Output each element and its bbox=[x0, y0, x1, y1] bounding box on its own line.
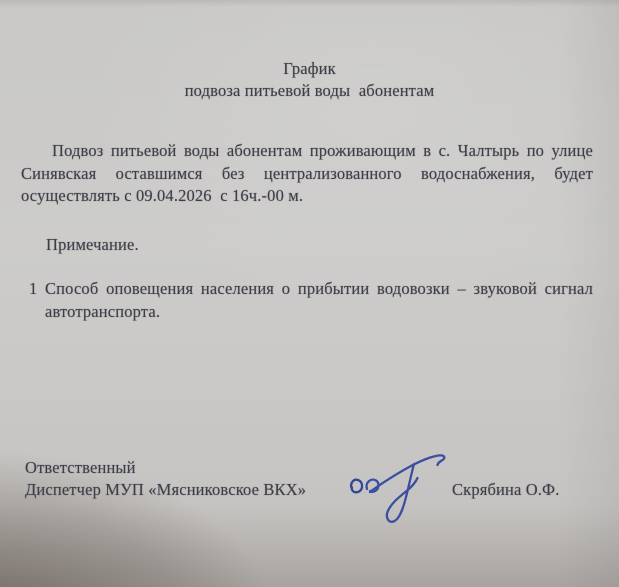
document-page: График подвоза питьевой воды абонентам П… bbox=[0, 0, 619, 587]
signature-stroke-flourish bbox=[370, 455, 444, 492]
note-heading: Примечание. bbox=[46, 234, 139, 256]
signer-position: Диспетчер МУП «Мясниковское ВКХ» bbox=[25, 479, 306, 501]
responsible-label: Ответственный bbox=[25, 457, 136, 479]
note-item-line-2: автотранспорта. bbox=[45, 300, 593, 323]
title-line-1: График bbox=[0, 58, 619, 80]
signature-stroke-o bbox=[351, 480, 362, 493]
note-item-line-1: Способ оповещения населения о прибытии в… bbox=[45, 277, 593, 300]
paragraph-line-1: Подвоз питьевой воды абонентам проживающ… bbox=[21, 140, 593, 163]
note-item-number: 1 bbox=[29, 277, 37, 300]
note-item: 1 Способ оповещения населения о прибытии… bbox=[29, 277, 593, 323]
title-line-2: подвоза питьевой воды абонентам bbox=[0, 80, 619, 102]
body-paragraph: Подвоз питьевой воды абонентам проживающ… bbox=[21, 140, 593, 208]
document-title: График подвоза питьевой воды абонентам bbox=[0, 58, 619, 102]
handwritten-signature-icon bbox=[335, 430, 460, 530]
signature-stroke-tail bbox=[387, 464, 418, 522]
signer-name: Скрябина О.Ф. bbox=[452, 479, 560, 501]
paragraph-line-3: осуществлять с 09.04.2026 с 16ч.-00 м. bbox=[21, 185, 593, 208]
paragraph-line-2: Синявская оставшимся без централизованно… bbox=[21, 163, 593, 186]
